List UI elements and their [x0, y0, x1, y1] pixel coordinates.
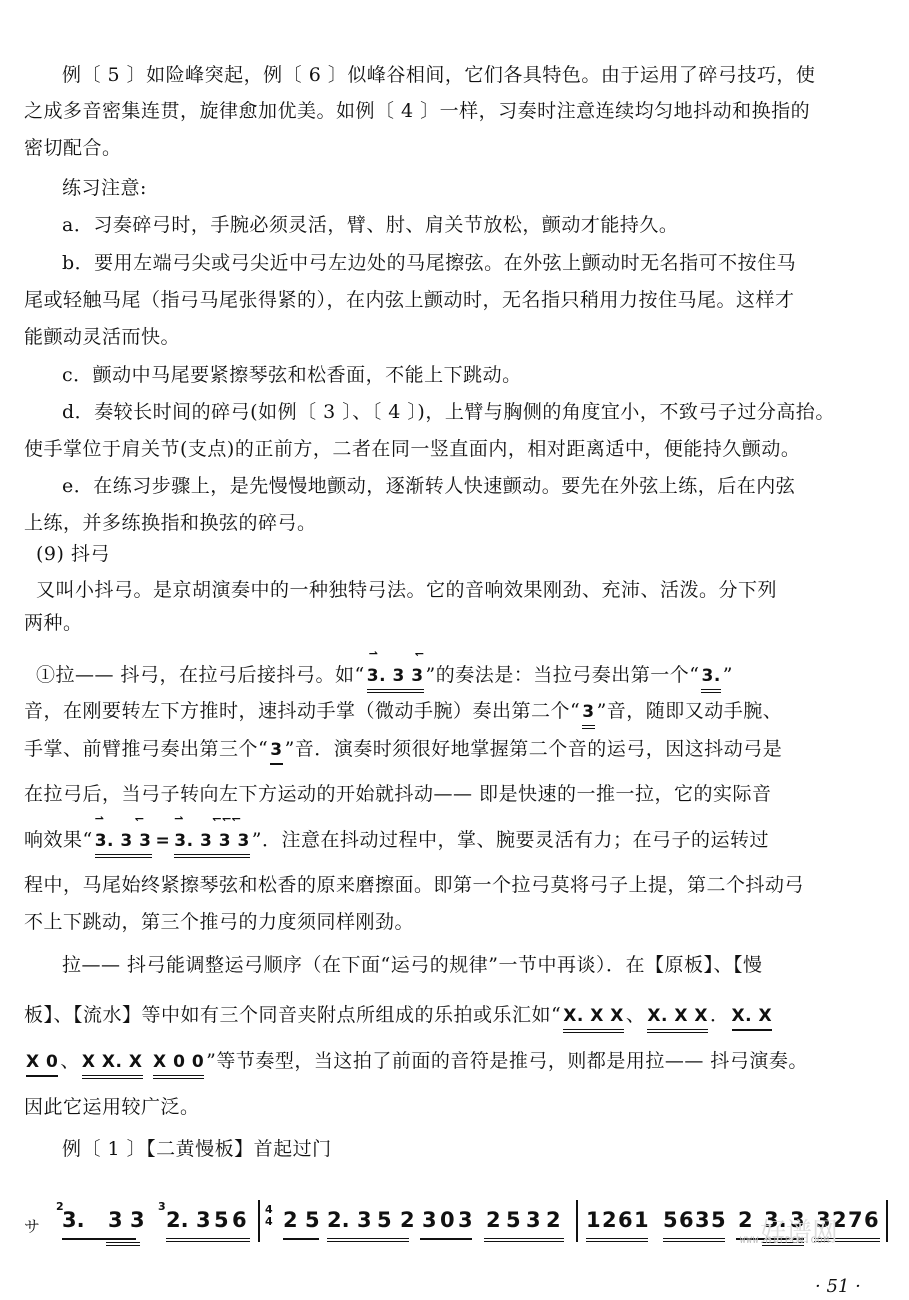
method-1-line: 不上下跳动，第三个推弓的力度须同样刚劲。 [24, 909, 884, 935]
text-fragment: ”音，随即又动手腕、 [597, 700, 783, 722]
practice-heading: 练习注意: [62, 175, 884, 201]
method-1-line: 程中，马尾始终紧擦琴弦和松香的原来磨擦面。即第一个拉弓莫将弓子上提，第二个抖动弓 [24, 872, 884, 898]
method-1-line: 响效果“⇀↽3. 3 3=⇀↽↽↽3. 3 3 3”．注意在抖动过程中，掌、腕要… [24, 827, 884, 858]
note: 3 [130, 1208, 145, 1232]
pull-arrow-icon: ⇀ [95, 814, 105, 824]
note: 3 [357, 1208, 372, 1232]
method-1-line: 手掌、前臂推弓奏出第三个“3”音．演奏时须很好地掌握第二个音的运弓，因这抖动弓是 [24, 736, 884, 765]
note: 5 [711, 1208, 726, 1232]
rhythm-pattern: X. X [732, 1003, 773, 1031]
document-page: 例〔 5 〕如险峰突起，例〔 6 〕似峰谷相间，它们各具特色。由于运用了碎弓技巧… [0, 0, 909, 1300]
text-fragment: ①拉—— 抖弓，在拉弓后接抖弓。如“ [36, 664, 365, 686]
paragraph-line: 因此它运用较广泛。 [24, 1094, 884, 1120]
push-arrow-icon: ↽ [135, 814, 145, 824]
jianpu-notation: ⇀↽3. 3 3 [95, 828, 152, 858]
text-fragment: ”的奏法是：当拉弓奏出第一个“ [426, 664, 700, 686]
text-fragment: 响效果“ [24, 829, 93, 851]
practice-item-e: e．在练习步骤上，是先慢慢地颤动，逐渐转人快速颤动。要先在外弦上练，后在内弦 [62, 473, 884, 499]
text-fragment: ”等节奏型，当这拍了前面的音符是推弓，则都是用拉—— 抖弓演奏。 [206, 1050, 808, 1072]
method-1-line: 在拉弓后，当弓子转向左下方运动的开始就抖动—— 即是快速的一推一拉，它的实际音 [24, 781, 884, 807]
note: 3 [422, 1208, 437, 1232]
paragraph-line: 拉—— 抖弓能调整运弓顺序（在下面“运弓的规律”一节中再谈）．在【原板】、【慢 [62, 952, 884, 978]
practice-item-b: b．要用左端弓尖或弓尖近中弓左边处的马尾擦弦。在外弦上颤动时无名指可不按住马 [62, 250, 884, 276]
note: 2. [166, 1208, 189, 1232]
rhythm-pattern: X X. X [82, 1049, 143, 1079]
example-title: 例〔 1 〕【二黄慢板】首起过门 [62, 1136, 884, 1162]
note: 5 [663, 1208, 678, 1232]
note: 3 [526, 1208, 541, 1232]
text-fragment: 手掌、前臂推弓奏出第三个“ [24, 738, 268, 760]
practice-item-a: a．习奏碎弓时，手腕必须灵活，臂、肘、肩关节放松，颤动才能持久。 [62, 212, 884, 238]
jianpu-note: 3 [270, 737, 282, 765]
note: 2 [400, 1208, 415, 1232]
note: 2 [738, 1208, 753, 1232]
note: 6 [618, 1208, 633, 1232]
bar-line [258, 1200, 260, 1242]
rhythm-pattern: X. X X [563, 1003, 624, 1033]
note: 6 [232, 1208, 247, 1232]
note: 2 [486, 1208, 501, 1232]
method-1-line: 音，在刚要转左下方推时，速抖动手掌（微动手腕）奏出第二个“3”音，随即又动手腕、 [24, 698, 884, 729]
text-fragment: 板】、【流水】等中如有三个同音夹附点所组成的乐拍或乐汇如“ [24, 1004, 561, 1026]
note: 3 [196, 1208, 211, 1232]
pull-arrow-icon: ⇀ [174, 814, 184, 824]
note: 7 [848, 1208, 863, 1232]
paragraph-line: X 0、X X. X X 0 0”等节奏型，当这拍了前面的音符是推弓，则都是用拉… [24, 1048, 884, 1079]
watermark-url: WWW.HTTPCN.COM [740, 1236, 830, 1246]
bar-line [576, 1200, 578, 1242]
practice-item-c: c．颤动中马尾要紧擦琴弦和松香面，不能上下跳动。 [62, 362, 884, 388]
note: 3. [62, 1208, 85, 1232]
note: 6 [864, 1208, 879, 1232]
time-signature: 44 [265, 1204, 273, 1228]
note: 3 [108, 1208, 123, 1232]
equals-sign: = [156, 828, 171, 854]
note: 2 [602, 1208, 617, 1232]
text-fragment: ” [723, 664, 733, 686]
jianpu-notation: ⇀↽↽↽3. 3 3 3 [174, 828, 250, 858]
section-heading: (9) 抖弓 [36, 541, 896, 567]
practice-item-d: d．奏较长时间的碎弓(如例〔 3 〕、〔 4 〕)，上臂与胸侧的角度宜小，不致弓… [62, 399, 884, 425]
pull-arrow-icon: ⇀ [369, 649, 379, 659]
note: 5 [305, 1208, 320, 1232]
note: 1 [586, 1208, 601, 1232]
section-intro: 又叫小抖弓。是京胡演奏中的一种独特弓法。它的音响效果刚劲、充沛、活泼。分下列 [36, 577, 896, 603]
note: 5 [377, 1208, 392, 1232]
grace-note: 3 [158, 1200, 166, 1213]
note: 2 [283, 1208, 298, 1232]
practice-item-b-cont: 能颤动灵活而快。 [24, 324, 884, 350]
paragraph-line: 之成多音密集连贯，旋律愈加优美。如例〔 4 〕一样，习奏时注意连续均匀地抖动和换… [24, 98, 884, 124]
note: 2 [546, 1208, 561, 1232]
jianpu-notation: ⇀↽3. 3 3 [367, 663, 424, 693]
text-fragment: ”．注意在抖动过程中，掌、腕要灵活有力；在弓子的运转过 [252, 829, 769, 851]
text-fragment: ”音．演奏时须很好地掌握第二个音的运弓，因这抖动弓是 [285, 738, 783, 760]
note: 3 [695, 1208, 710, 1232]
note: 5 [506, 1208, 521, 1232]
note: 3 [458, 1208, 473, 1232]
free-meter-mark: サ [24, 1214, 40, 1237]
section-intro-cont: 两种。 [24, 610, 884, 636]
push-arrow-icon: ↽↽↽ [212, 814, 241, 824]
jianpu-note: 3. [701, 663, 720, 693]
text-fragment: 音，在刚要转左下方推时，速抖动手掌（微动手腕）奏出第二个“ [24, 700, 580, 722]
paragraph-line: 例〔 5 〕如险峰突起，例〔 6 〕似峰谷相间，它们各具特色。由于运用了碎弓技巧… [62, 62, 884, 88]
note: 6 [679, 1208, 694, 1232]
jianpu-note: 3 [582, 699, 594, 729]
paragraph-line: 板】、【流水】等中如有三个同音夹附点所组成的乐拍或乐汇如“X. X X、X. X… [24, 1002, 884, 1033]
note: 1 [634, 1208, 649, 1232]
note: 5 [214, 1208, 229, 1232]
rhythm-pattern: X. X X [647, 1003, 708, 1033]
page-number: · 51 · [815, 1276, 861, 1297]
note: 0 [440, 1208, 455, 1232]
rhythm-pattern: X 0 0 [153, 1049, 204, 1079]
rhythm-pattern: X 0 [26, 1049, 58, 1077]
bar-line [886, 1200, 888, 1242]
practice-item-d-cont: 使手掌位于肩关节(支点)的正前方，二者在同一竖直面内，相对距离适中，便能持久颤动… [24, 436, 884, 462]
paragraph-line: 密切配合。 [24, 135, 884, 161]
practice-item-b-cont: 尾或轻触马尾（指弓马尾张得紧的），在内弦上颤动时，无名指只稍用力按住马尾。这样才 [24, 287, 884, 313]
note: 2. [327, 1208, 350, 1232]
push-arrow-icon: ↽ [415, 649, 425, 659]
practice-item-e-cont: 上练，并多练换指和换弦的碎弓。 [24, 510, 884, 536]
method-1-line: ①拉—— 抖弓，在拉弓后接抖弓。如“⇀↽3. 3 3”的奏法是：当拉弓奏出第一个… [36, 662, 896, 693]
